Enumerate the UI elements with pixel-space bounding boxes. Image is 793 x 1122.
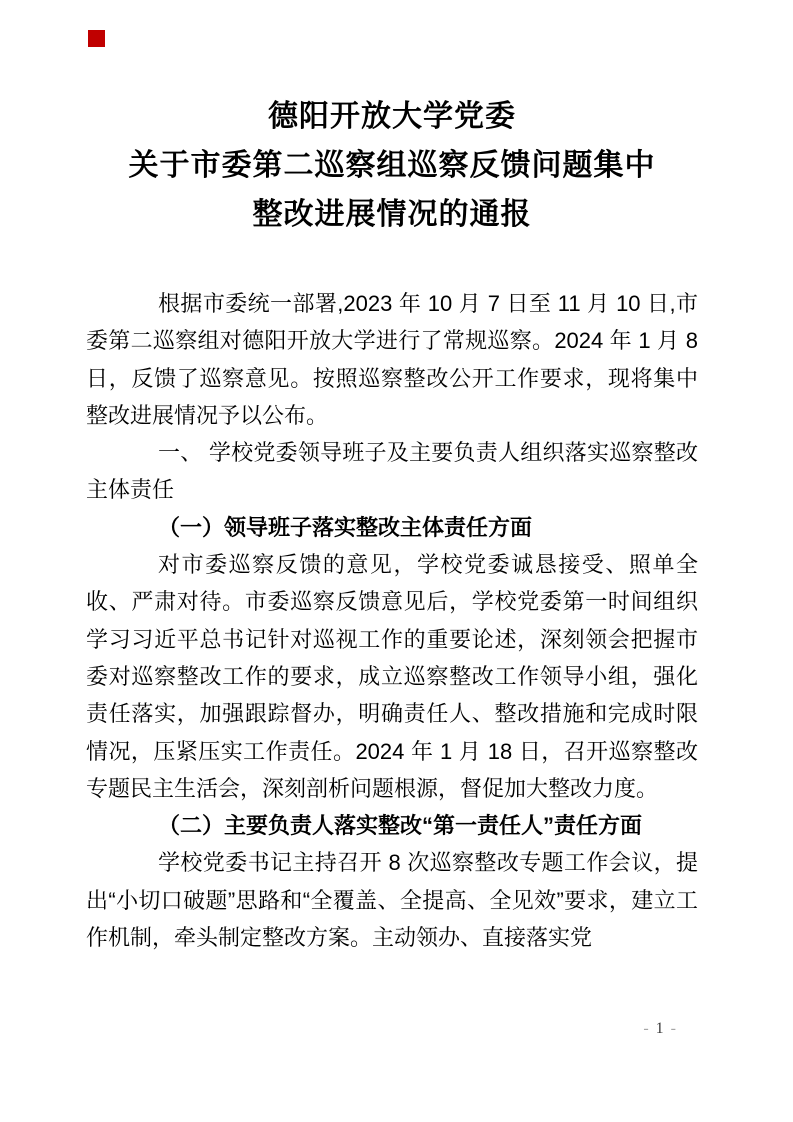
page-number: -1- (0, 1020, 676, 1038)
paragraph-subsection-1: 对市委巡察反馈的意见，学校党委诚恳接受、照单全收、严肃对待。市委巡察反馈意见后，… (86, 546, 698, 807)
paragraph-intro: 根据市委统一部署,2023 年 10 月 7 日至 11 月 10 日,市委第二… (86, 285, 698, 434)
document-title: 德阳开放大学党委 关于市委第二巡察组巡察反馈问题集中 整改进展情况的通报 (86, 92, 698, 239)
subsection-heading-2: （二）主要负责人落实整改“第一责任人”责任方面 (86, 807, 698, 844)
title-line-1: 德阳开放大学党委 (86, 92, 698, 141)
paragraph-subsection-2: 学校党委书记主持召开 8 次巡察整改专题工作会议，提出“小切口破题”思路和“全覆… (86, 844, 698, 956)
page-number-value: 1 (649, 1020, 671, 1037)
subsection-heading-1: （一）领导班子落实整改主体责任方面 (86, 509, 698, 546)
title-line-2: 关于市委第二巡察组巡察反馈问题集中 (86, 141, 698, 190)
title-line-3: 整改进展情况的通报 (86, 190, 698, 239)
document-content: 德阳开放大学党委 关于市委第二巡察组巡察反馈问题集中 整改进展情况的通报 根据市… (86, 0, 698, 956)
section-heading-1: 一、 学校党委领导班子及主要负责人组织落实巡察整改主体责任 (86, 434, 698, 509)
page-number-dash-left: - (643, 1020, 648, 1037)
page-number-dash-right: - (671, 1020, 676, 1037)
document-page: 德阳开放大学党委 关于市委第二巡察组巡察反馈问题集中 整改进展情况的通报 根据市… (0, 0, 793, 1122)
